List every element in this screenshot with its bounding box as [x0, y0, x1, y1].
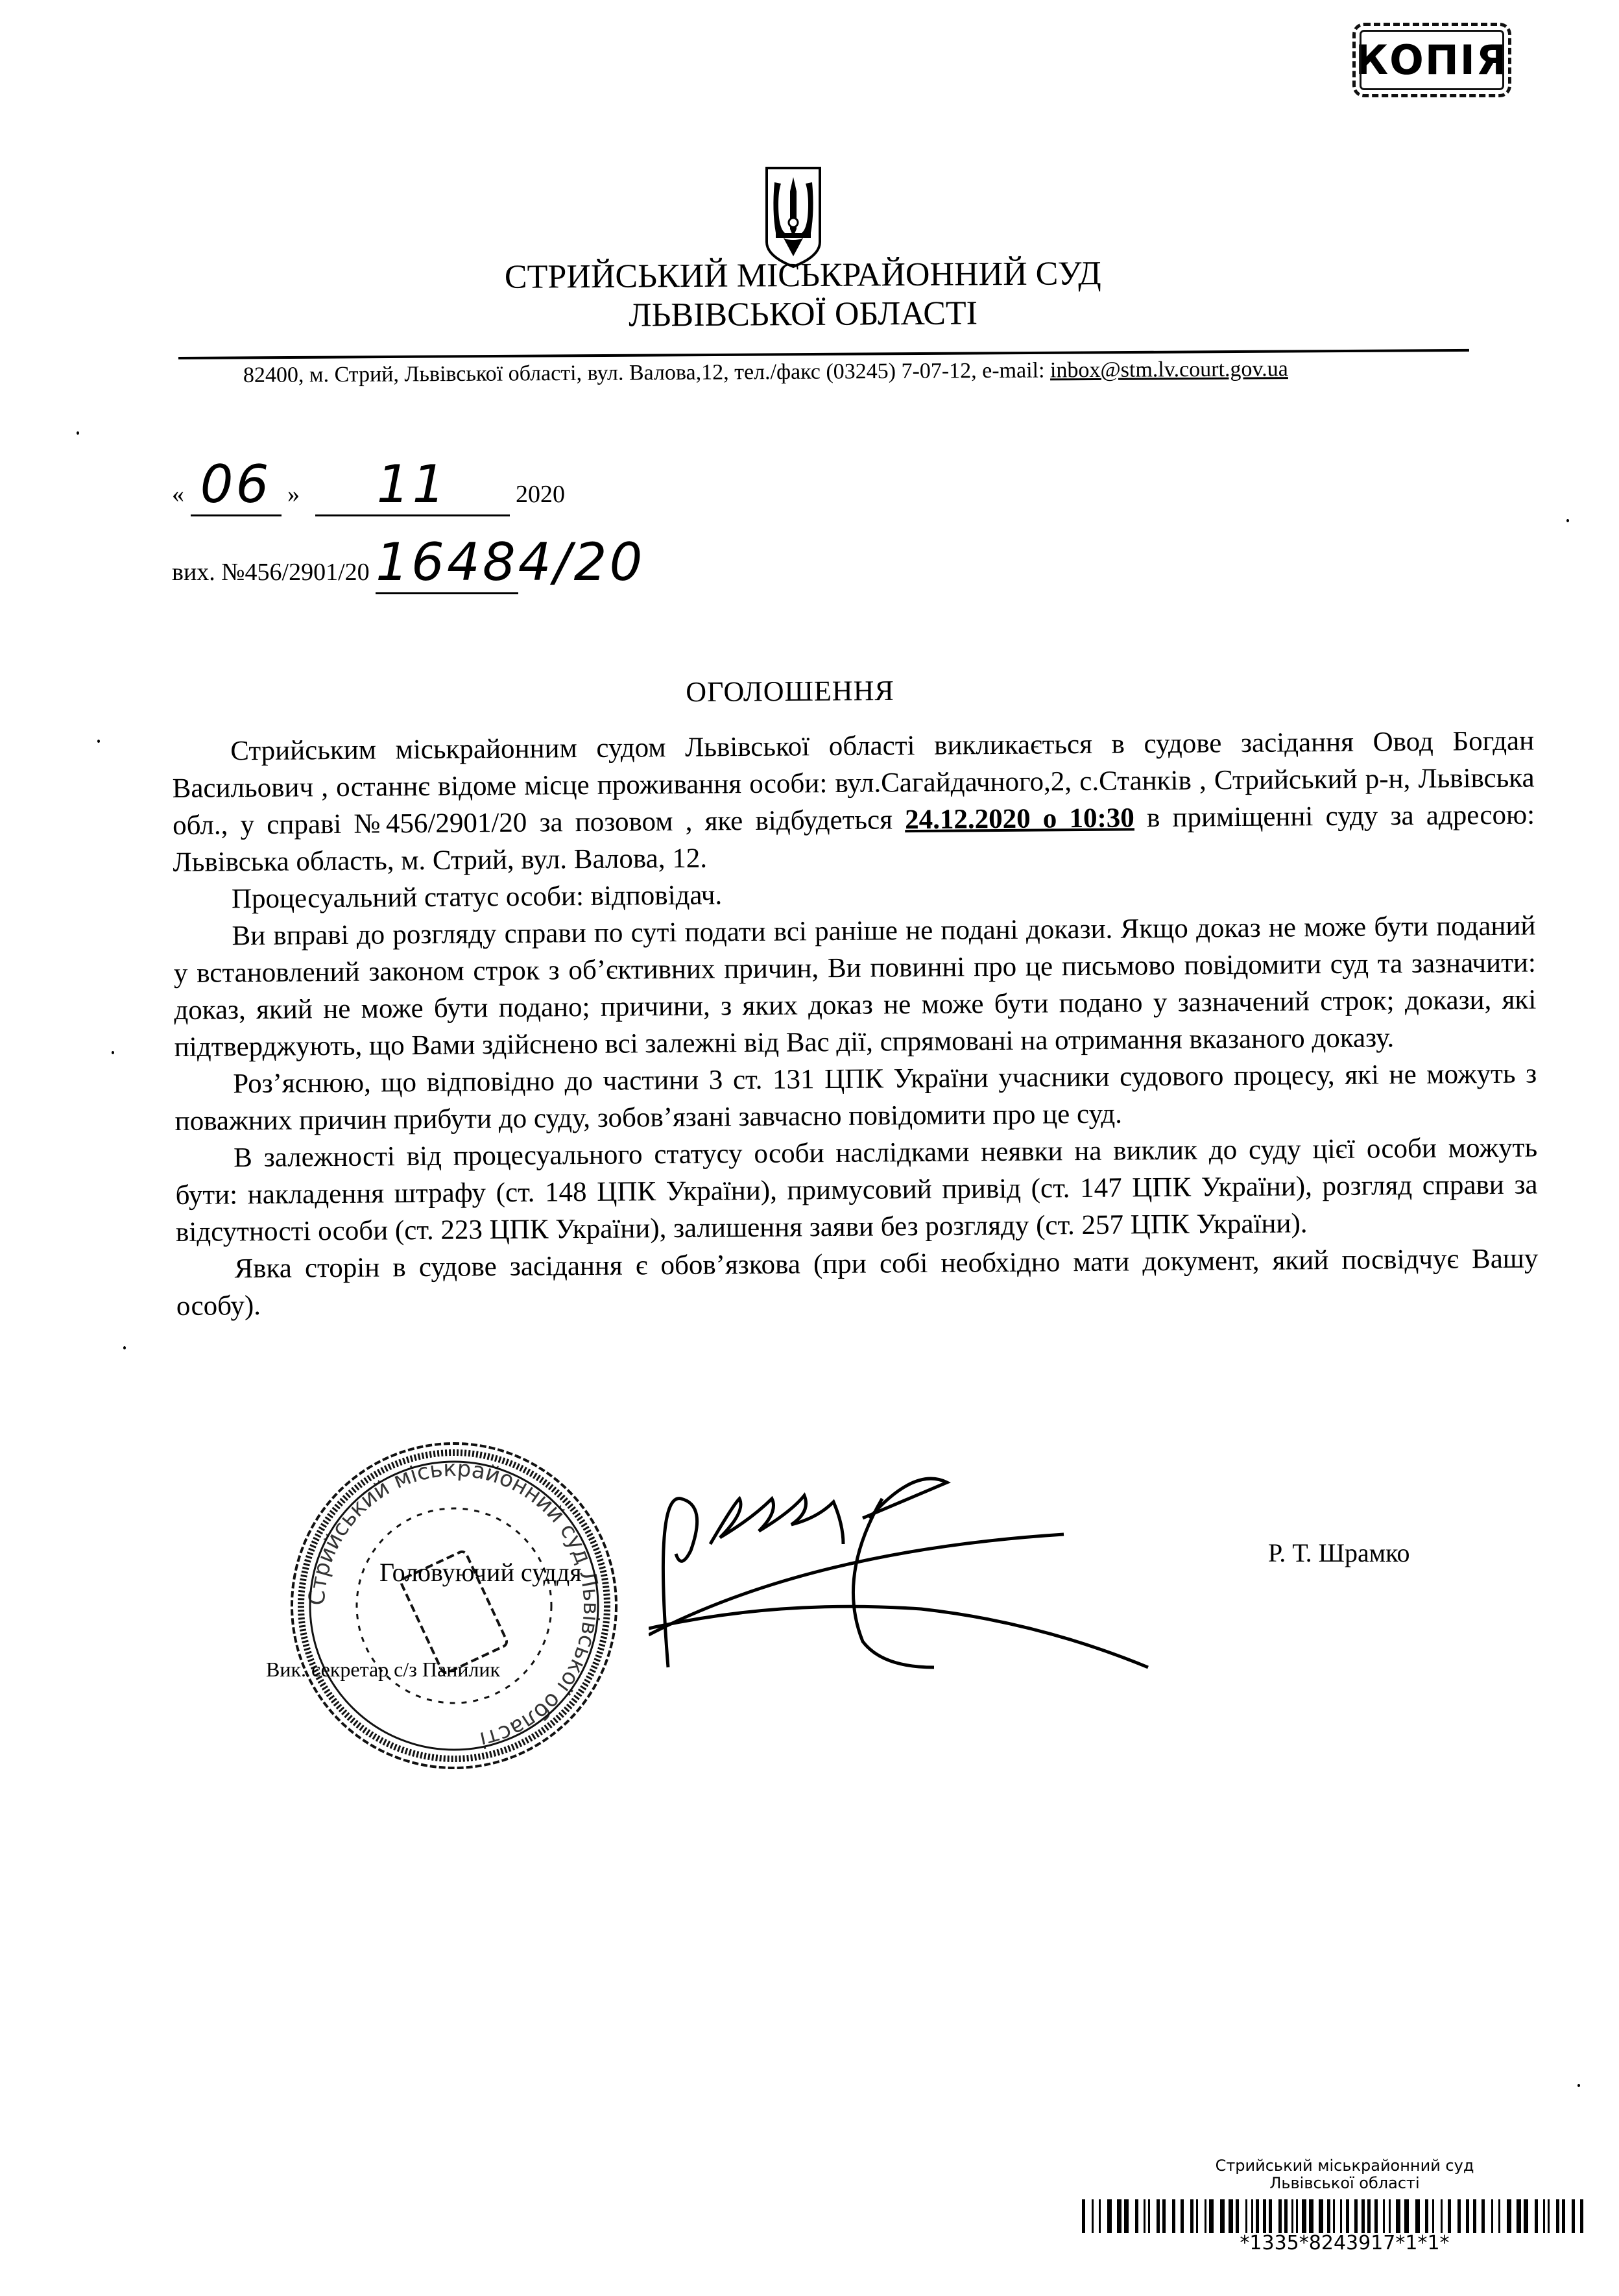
copy-stamp: КОПІЯ: [1352, 23, 1511, 97]
paragraph-summons: Стрийським міськрайонним судом Львівсько…: [172, 723, 1535, 881]
scan-speck: [1577, 2084, 1580, 2087]
svg-text:Стрийський міськрайонний суд Л: Стрийський міськрайонний суд Львівської …: [304, 1456, 604, 1753]
paragraph-explanation: Роз’яснюю, що відповідно до частини 3 ст…: [174, 1055, 1537, 1139]
outgoing-prefix: вих. №456/2901/20: [172, 559, 370, 586]
outgoing-handwritten-number: 16484/20: [376, 532, 518, 594]
date-day: 06: [191, 454, 282, 516]
footer-court-line2: Львівської області: [1070, 2175, 1619, 2192]
scan-speck: [77, 431, 79, 435]
court-address: 82400, м. Стрий, Львівської області, вул…: [243, 357, 1288, 388]
presiding-judge-label: Головуючий суддя: [379, 1557, 582, 1588]
date-month: 11: [315, 454, 510, 516]
trident-coat-of-arms-icon: [764, 165, 822, 269]
court-seal-stamp: Стрийський міськрайонний суд Львівської …: [285, 1437, 623, 1774]
footer-court-line1: Стрийський міськрайонний суд: [1070, 2157, 1619, 2175]
notice-body: Стрийським міськрайонним судом Львівсько…: [172, 723, 1539, 1325]
judge-name: Р. Т. Шрамко: [1268, 1538, 1410, 1568]
date-line: « 06 » 11 2020: [172, 454, 565, 516]
seal-text: Стрийський міськрайонний суд Львівської …: [304, 1456, 604, 1753]
barcode: [1082, 2199, 1588, 2233]
paragraph-consequences: В залежності від процесуального статусу …: [175, 1129, 1538, 1250]
footer-court-name: Стрийський міськрайонний суд Львівської …: [1070, 2157, 1619, 2192]
paragraph-evidence: Ви вправі до розгляду справи по суті под…: [173, 907, 1537, 1065]
paragraph-attendance: Явка сторін в судове засідання є обов’яз…: [176, 1240, 1539, 1324]
scan-speck: [97, 740, 100, 743]
secretary-executor: Вик. секретар с/з Панилик: [266, 1658, 500, 1682]
scan-speck: [123, 1346, 126, 1349]
date-year: 2020: [516, 481, 565, 508]
barcode-number: *1335*8243917*1*1*: [1070, 2232, 1619, 2254]
outgoing-reference: вих. №456/2901/20 16484/20: [172, 532, 518, 594]
judge-signature: [649, 1473, 1219, 1687]
hearing-datetime: 24.12.2020 о 10:30: [905, 803, 1134, 835]
scan-speck: [1566, 519, 1569, 522]
scan-speck: [112, 1051, 114, 1054]
open-quote: «: [172, 481, 184, 508]
close-quote: »: [287, 481, 300, 508]
court-name-header: СТРИЙСЬКИЙ МІСЬКРАЙОННИЙ СУД ЛЬВІВСЬКОЇ …: [0, 251, 1613, 339]
copy-stamp-label: КОПІЯ: [1355, 36, 1508, 84]
address-text: 82400, м. Стрий, Львівської області, вул…: [243, 358, 1050, 387]
email-link[interactable]: inbox@stm.lv.court.gov.ua: [1050, 357, 1288, 382]
document-title: ОГОЛОШЕННЯ: [0, 669, 1600, 713]
